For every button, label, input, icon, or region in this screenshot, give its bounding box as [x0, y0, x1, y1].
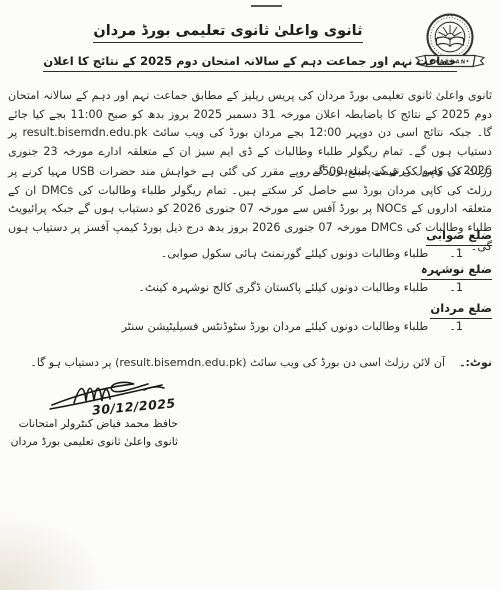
district-heading-swabi: ضلع صوابی — [426, 228, 492, 246]
list-number: 1۔ — [449, 320, 463, 333]
note-line: نوٹ:۔آن لائن رزلٹ اسی دن بورڈ کی ویب سائ… — [30, 356, 492, 369]
district-heading-nowshera-text: ضلع نوشہرہ — [421, 262, 492, 280]
district-item-swabi: 1۔طلباء وطالبات دونوں کیلئے گورنمنٹ ہائی… — [8, 247, 463, 260]
paragraph-result-copy-dmcs: رزلٹ کی کاپی کی قیمت مبلغ 500/- روپے مقر… — [8, 163, 492, 257]
scanned-notification-page: MARDAN ثانوی واعلیٰ ثانوی تعلیمی بورڈ مر… — [0, 0, 500, 590]
list-number: 1۔ — [449, 281, 463, 294]
district-item-nowshera-text: طلباء وطالبات دونوں کیلئے پاکستان ڈگری ک… — [138, 281, 428, 294]
signatory-name-title: حافظ محمد فیاض کنٹرولر امتحانات — [28, 417, 178, 430]
note-text: آن لائن رزلٹ اسی دن بورڈ کی ویب سائٹ (re… — [30, 356, 445, 369]
district-item-nowshera: 1۔طلباء وطالبات دونوں کیلئے پاکستان ڈگری… — [8, 281, 463, 294]
signatory-organization: ثانوی واعلیٰ ثانوی تعلیمی بورڈ مردان — [28, 435, 178, 448]
district-item-mardan-text: طلباء وطالبات دونوں کیلئے مردان بورڈ سٹو… — [122, 320, 429, 333]
board-title-text: ثانوی واعلیٰ ثانوی تعلیمی بورڈ مردان — [93, 23, 362, 43]
notification-subject-text: جماعت نہم اور جماعت دہم کے سالانہ امتحان… — [43, 54, 456, 72]
list-number: 1۔ — [449, 247, 463, 260]
top-fold-mark — [251, 5, 282, 7]
district-heading-mardan: ضلع مردان — [430, 301, 492, 319]
scan-corner-shadow — [0, 510, 110, 590]
district-heading-nowshera: ضلع نوشہرہ — [421, 262, 492, 280]
note-label: نوٹ:۔ — [459, 356, 492, 369]
board-title: ثانوی واعلیٰ ثانوی تعلیمی بورڈ مردان — [70, 23, 386, 43]
notification-subject: جماعت نہم اور جماعت دہم کے سالانہ امتحان… — [30, 54, 470, 72]
district-heading-mardan-text: ضلع مردان — [430, 301, 492, 319]
district-heading-swabi-text: ضلع صوابی — [426, 228, 492, 246]
district-item-swabi-text: طلباء وطالبات دونوں کیلئے گورنمنٹ ہائی س… — [161, 247, 429, 260]
district-item-mardan: 1۔طلباء وطالبات دونوں کیلئے مردان بورڈ س… — [8, 320, 463, 333]
signature-block: 30/12/2025 حافظ محمد فیاض کنٹرولر امتحان… — [28, 375, 198, 465]
